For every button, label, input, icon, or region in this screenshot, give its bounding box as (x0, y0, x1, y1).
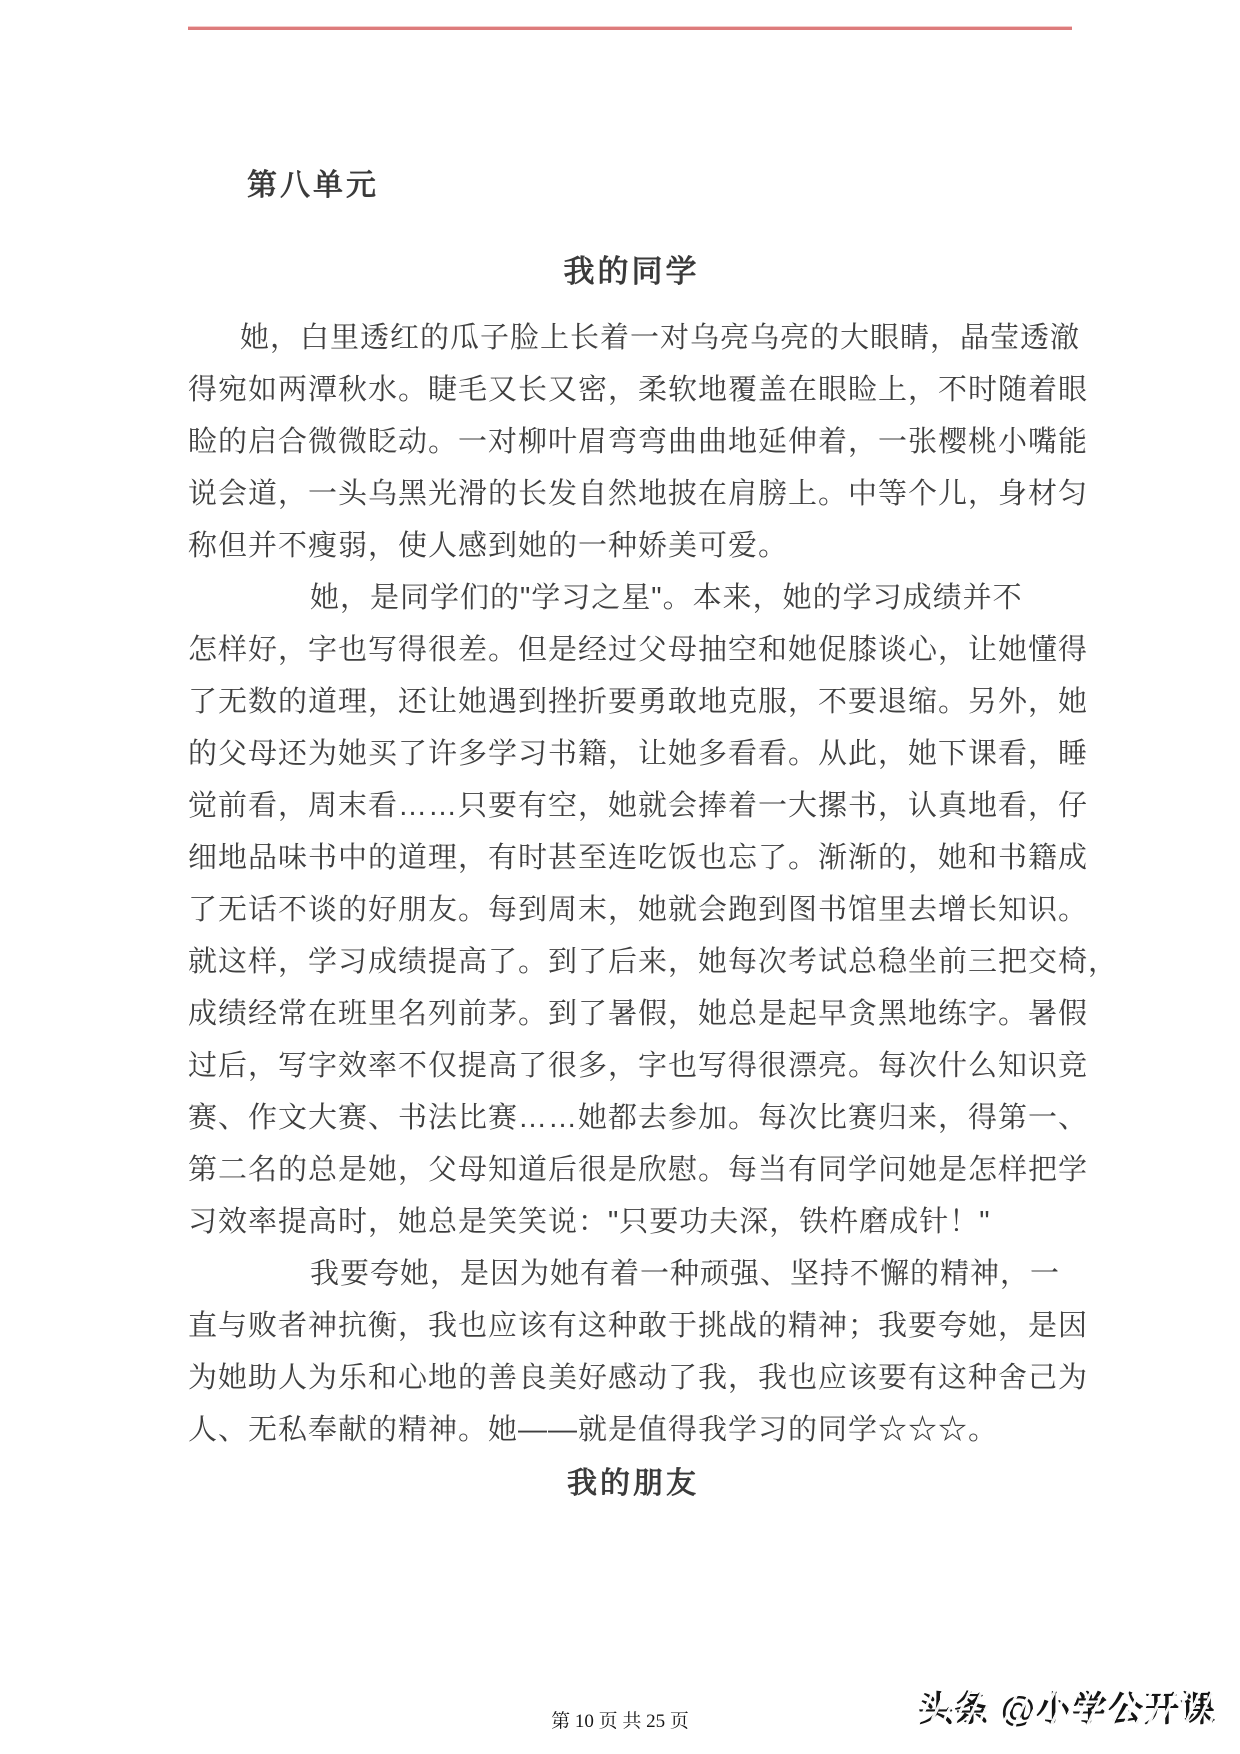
essay-line: 她，是同学们的"学习之星"。本来，她的学习成绩并不 (188, 572, 1078, 624)
essay-line: 为她助人为乐和心地的善良美好感动了我，我也应该要有这种舍己为 (188, 1352, 1078, 1404)
essay-line: 怎样好，字也写得很差。但是经过父母抽空和她促膝谈心，让她懂得 (188, 624, 1078, 676)
document-page: 第八单元 我的同学 她，白里透红的瓜子脸上长着一对乌亮乌亮的大眼睛，晶莹透澈得宛… (0, 0, 1240, 1754)
essay-line: 第二名的总是她，父母知道后很是欣慰。每当有同学问她是怎样把学 (188, 1144, 1078, 1196)
essay-line: 得宛如两潭秋水。睫毛又长又密，柔软地覆盖在眼睑上，不时随着眼 (188, 364, 1078, 416)
essay-line: 我要夸她，是因为她有着一种顽强、坚持不懈的精神，一 (188, 1248, 1078, 1300)
essay-line: 赛、作文大赛、书法比赛……她都去参加。每次比赛归来，得第一、 (188, 1092, 1078, 1144)
essay-line: 的父母还为她买了许多学习书籍，让她多看看。从此，她下课看，睡 (188, 728, 1078, 780)
unit-heading: 第八单元 (247, 160, 379, 204)
essay-line: 过后，写字效率不仅提高了很多，字也写得很漂亮。每次什么知识竞 (188, 1040, 1078, 1092)
essay-line: 了无话不谈的好朋友。每到周末，她就会跑到图书馆里去增长知识。 (188, 884, 1078, 936)
essay-title-my-classmate: 我的同学 (188, 246, 1075, 291)
essay-line: 就这样，学习成绩提高了。到了后来，她每次考试总稳坐前三把交椅， (188, 936, 1078, 988)
essay-line: 成绩经常在班里名列前茅。到了暑假，她总是起早贪黑地练字。暑假 (188, 988, 1078, 1040)
essay-line: 睑的启合微微眨动。一对柳叶眉弯弯曲曲地延伸着，一张樱桃小嘴能 (188, 416, 1078, 468)
essay-line: 她，白里透红的瓜子脸上长着一对乌亮乌亮的大眼睛，晶莹透澈 (188, 312, 1078, 364)
essay-line: 说会道，一头乌黑光滑的长发自然地披在肩膀上。中等个儿，身材匀 (188, 468, 1078, 520)
essay-paragraphs: 她，白里透红的瓜子脸上长着一对乌亮乌亮的大眼睛，晶莹透澈得宛如两潭秋水。睫毛又长… (188, 312, 1078, 1456)
essay-line: 习效率提高时，她总是笑笑说："只要功夫深，铁杵磨成针！" (188, 1196, 1078, 1248)
header-rule (188, 26, 1072, 30)
essay-line: 直与败者神抗衡，我也应该有这种敢于挑战的精神；我要夸她，是因 (188, 1300, 1078, 1352)
essay-line: 细地品味书中的道理，有时甚至连吃饭也忘了。渐渐的，她和书籍成 (188, 832, 1078, 884)
essay-line: 了无数的道理，还让她遇到挫折要勇敢地克服，不要退缩。另外，她 (188, 676, 1078, 728)
essay-line: 人、无私奉献的精神。她——就是值得我学习的同学☆☆☆。 (188, 1404, 1078, 1456)
watermark: 头条 @小学公开课 (918, 1682, 1216, 1732)
essay-title-my-friend: 我的朋友 (188, 1458, 1078, 1510)
essay-line: 觉前看，周末看……只要有空，她就会捧着一大摞书，认真地看，仔 (188, 780, 1078, 832)
essay-line: 称但并不瘦弱，使人感到她的一种娇美可爱。 (188, 520, 1078, 572)
essay-body: 她，白里透红的瓜子脸上长着一对乌亮乌亮的大眼睛，晶莹透澈得宛如两潭秋水。睫毛又长… (188, 312, 1078, 1510)
